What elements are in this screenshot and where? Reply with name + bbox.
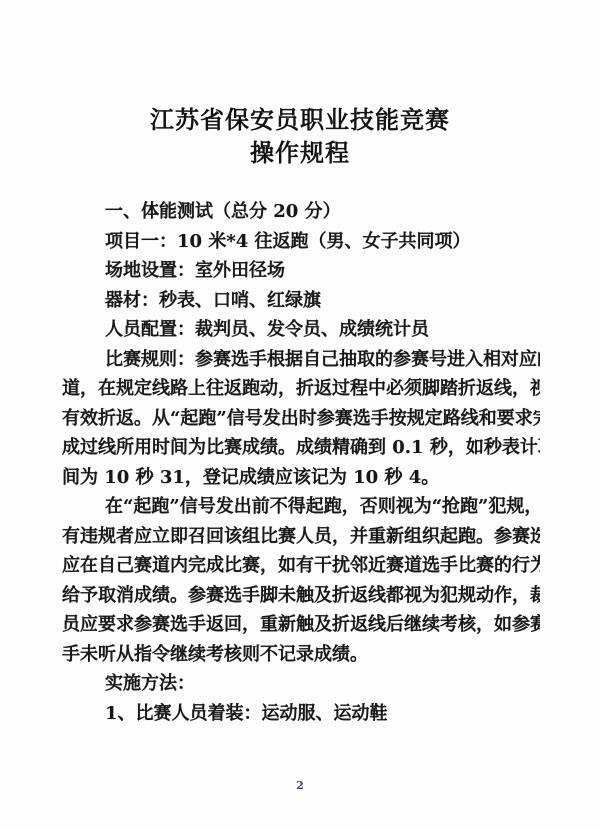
document-body: 一、体能测试（总分 20 分） 项目一：10 米*4 往返跑（男、女子共同项） … <box>62 197 540 728</box>
paragraph1-line: 成过线所用时间为比赛成绩。成绩精确到 0.1 秒，如秒表计取时 <box>62 433 540 463</box>
paragraph2-line: 手未听从指令继续考核则不记录成绩。 <box>62 640 540 670</box>
paragraph2-line: 有违规者应立即召回该组比赛人员，并重新组织起跑。参赛选手 <box>62 522 540 552</box>
paragraph2-line: 在“起跑”信号发出前不得起跑，否则视为“抢跑”犯规， <box>62 492 540 522</box>
paragraph2-line: 员应要求参赛选手返回，重新触及折返线后继续考核，如参赛选 <box>62 610 540 640</box>
meta-line-venue: 场地设置：室外田径场 <box>62 256 540 286</box>
doc-title-line-1: 江苏省保安员职业技能竞赛 <box>0 103 600 136</box>
method-item-1: 1、比赛人员着装：运动服、运动鞋 <box>62 699 540 729</box>
doc-title-line-2: 操作规程 <box>0 136 600 169</box>
meta-line-personnel: 人员配置：裁判员、发令员、成绩统计员 <box>62 315 540 345</box>
page-number: 2 <box>0 779 600 793</box>
paragraph1-line: 间为 10 秒 31，登记成绩应该记为 10 秒 4。 <box>62 463 540 493</box>
meta-line-project: 项目一：10 米*4 往返跑（男、女子共同项） <box>62 227 540 257</box>
document-page: 江苏省保安员职业技能竞赛 操作规程 一、体能测试（总分 20 分） 项目一：10… <box>0 0 600 830</box>
paragraph2-line: 给予取消成绩。参赛选手脚未触及折返线都视为犯规动作，裁判 <box>62 581 540 611</box>
paragraph1-line: 比赛规则：参赛选手根据自己抽取的参赛号进入相对应的跑 <box>62 345 540 375</box>
paragraph1-line: 有效折返。从“起跑”信号发出时参赛选手按规定路线和要求完 <box>62 404 540 434</box>
paragraph2-line: 应在自己赛道内完成比赛，如有干扰邻近赛道选手比赛的行为， <box>62 551 540 581</box>
section-heading: 一、体能测试（总分 20 分） <box>62 197 540 227</box>
meta-line-equipment: 器材：秒表、口哨、红绿旗 <box>62 286 540 316</box>
document-title: 江苏省保安员职业技能竞赛 操作规程 <box>0 103 600 169</box>
paragraph1-line: 道，在规定线路上往返跑动，折返过程中必须脚踏折返线，视为 <box>62 374 540 404</box>
method-heading: 实施方法： <box>62 669 540 699</box>
